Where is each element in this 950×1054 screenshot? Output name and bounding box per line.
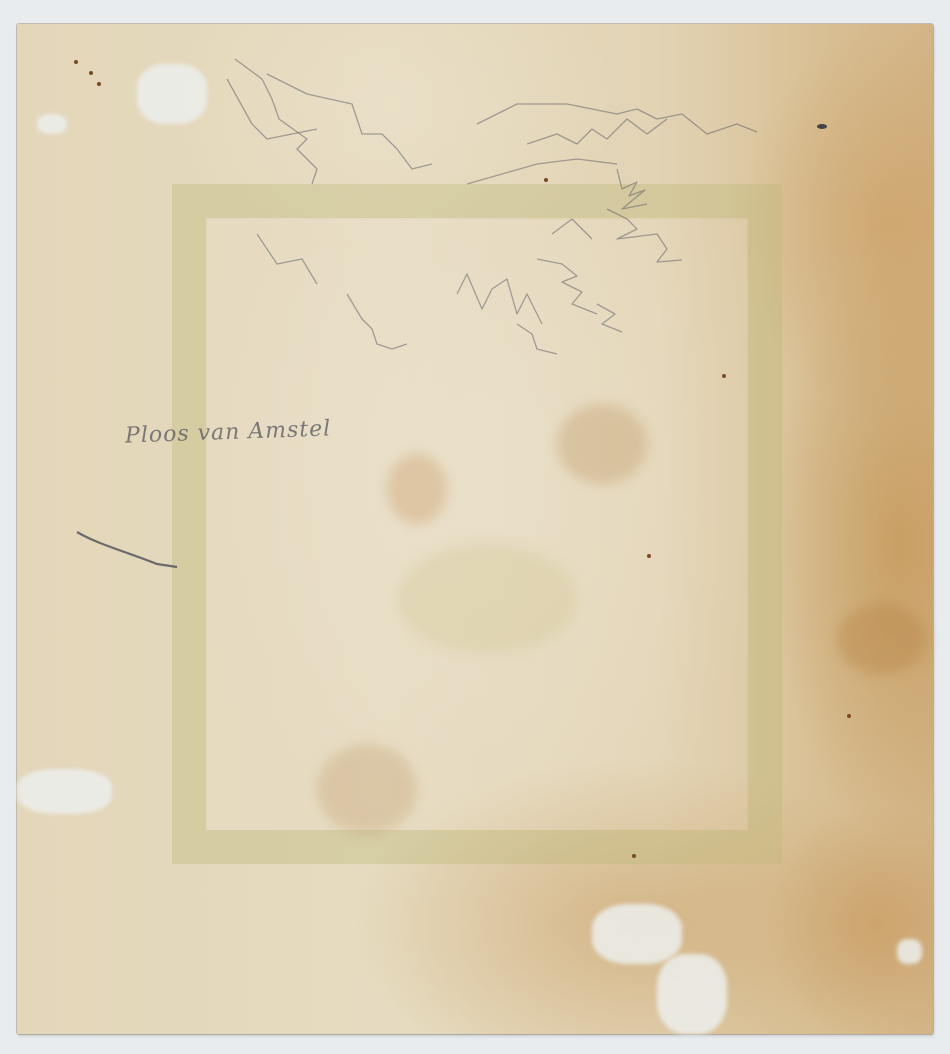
paper-card: Ploos van Amstel bbox=[17, 24, 933, 1034]
pencil-sketch-lines bbox=[17, 24, 933, 1034]
